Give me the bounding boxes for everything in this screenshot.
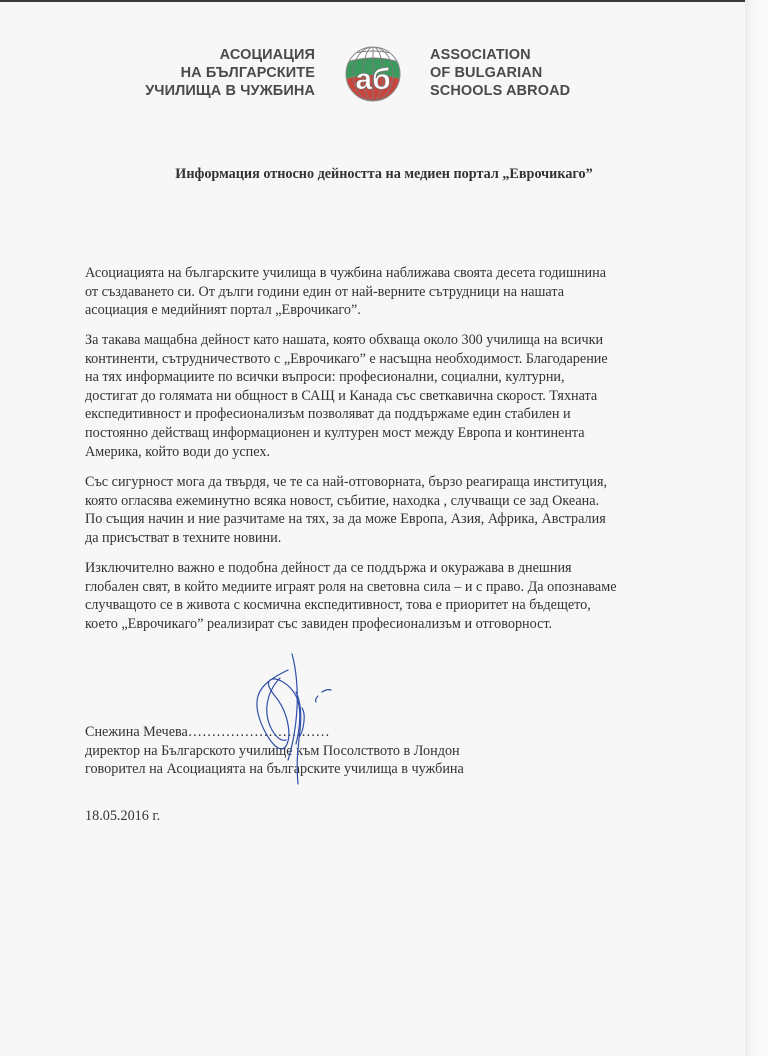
text-line: глобален свят, в който медиите играят ро… [85,578,705,597]
text-line: постоянно действащ информационен и култу… [85,424,705,443]
org-name-en-line: SCHOOLS ABROAD [430,82,690,100]
text-line: случващото се в живота с космична експед… [85,596,705,615]
text-line: Америка, който води до успех. [85,443,705,462]
text-line: Със сигурност мога да твърдя, че те са н… [85,473,705,492]
text-line: която огласява ежеминутно всяка новост, … [85,492,705,511]
org-name-en-line: ASSOCIATION [430,46,690,64]
text-line: което „Еврочикаго” реализират със завиде… [85,615,705,634]
signature-block: Снежина Мечева………………………… директор на Бъл… [85,723,685,779]
text-line: от създаването си. От дълги години един … [85,283,705,302]
document-date: 18.05.2016 г. [85,808,160,825]
scan-right-shadow [745,0,768,1056]
signatory-role: говорител на Асоциацията на българските … [85,760,685,779]
org-name-bg-line: НА БЪЛГАРСКИТЕ [55,64,315,82]
paragraph-1: Асоциацията на българските училища в чуж… [85,264,705,320]
text-line: Изключително важно е подобна дейност да … [85,559,705,578]
letterhead: АСОЦИАЦИЯ НА БЪЛГАРСКИТЕ УЧИЛИЩА В ЧУЖБИ… [0,44,768,108]
org-name-bg-line: УЧИЛИЩА В ЧУЖБИНА [55,82,315,100]
text-line: По същия начин и ние разчитаме на тях, з… [85,510,705,529]
paragraph-3: Със сигурност мога да твърдя, че те са н… [85,473,705,547]
text-line: на тях информациите по всички въпроси: п… [85,368,705,387]
paragraph-4: Изключително важно е подобна дейност да … [85,559,705,633]
text-line: За такава мащабна дейност като нашата, к… [85,331,705,350]
org-name-bg-line: АСОЦИАЦИЯ [55,46,315,64]
text-line: Асоциацията на българските училища в чуж… [85,264,705,283]
text-line: да присъстват в техните новини. [85,529,705,548]
text-line: достигат до голямата ни общност в САЩ и … [85,387,705,406]
paragraph-2: За такава мащабна дейност като нашата, к… [85,331,705,461]
text-line: асоциация е медийният портал „Еврочикаго… [85,301,705,320]
signatory-name: Снежина Мечева………………………… [85,723,685,742]
text-line: експедитивност и професионализъм позволя… [85,405,705,424]
organization-name-bulgarian: АСОЦИАЦИЯ НА БЪЛГАРСКИТЕ УЧИЛИЩА В ЧУЖБИ… [55,46,315,100]
organization-name-english: ASSOCIATION OF BULGARIAN SCHOOLS ABROAD [430,46,690,100]
org-name-en-line: OF BULGARIAN [430,64,690,82]
signatory-position: директор на Българското училище към Посо… [85,742,685,761]
globe-logo-icon: аб [343,44,403,104]
logo-text: аб [355,63,390,96]
text-line: континенти, сътрудничеството с „Еврочика… [85,350,705,369]
document-title: Информация относно дейността на медиен п… [0,166,768,183]
scan-top-edge [0,0,768,2]
